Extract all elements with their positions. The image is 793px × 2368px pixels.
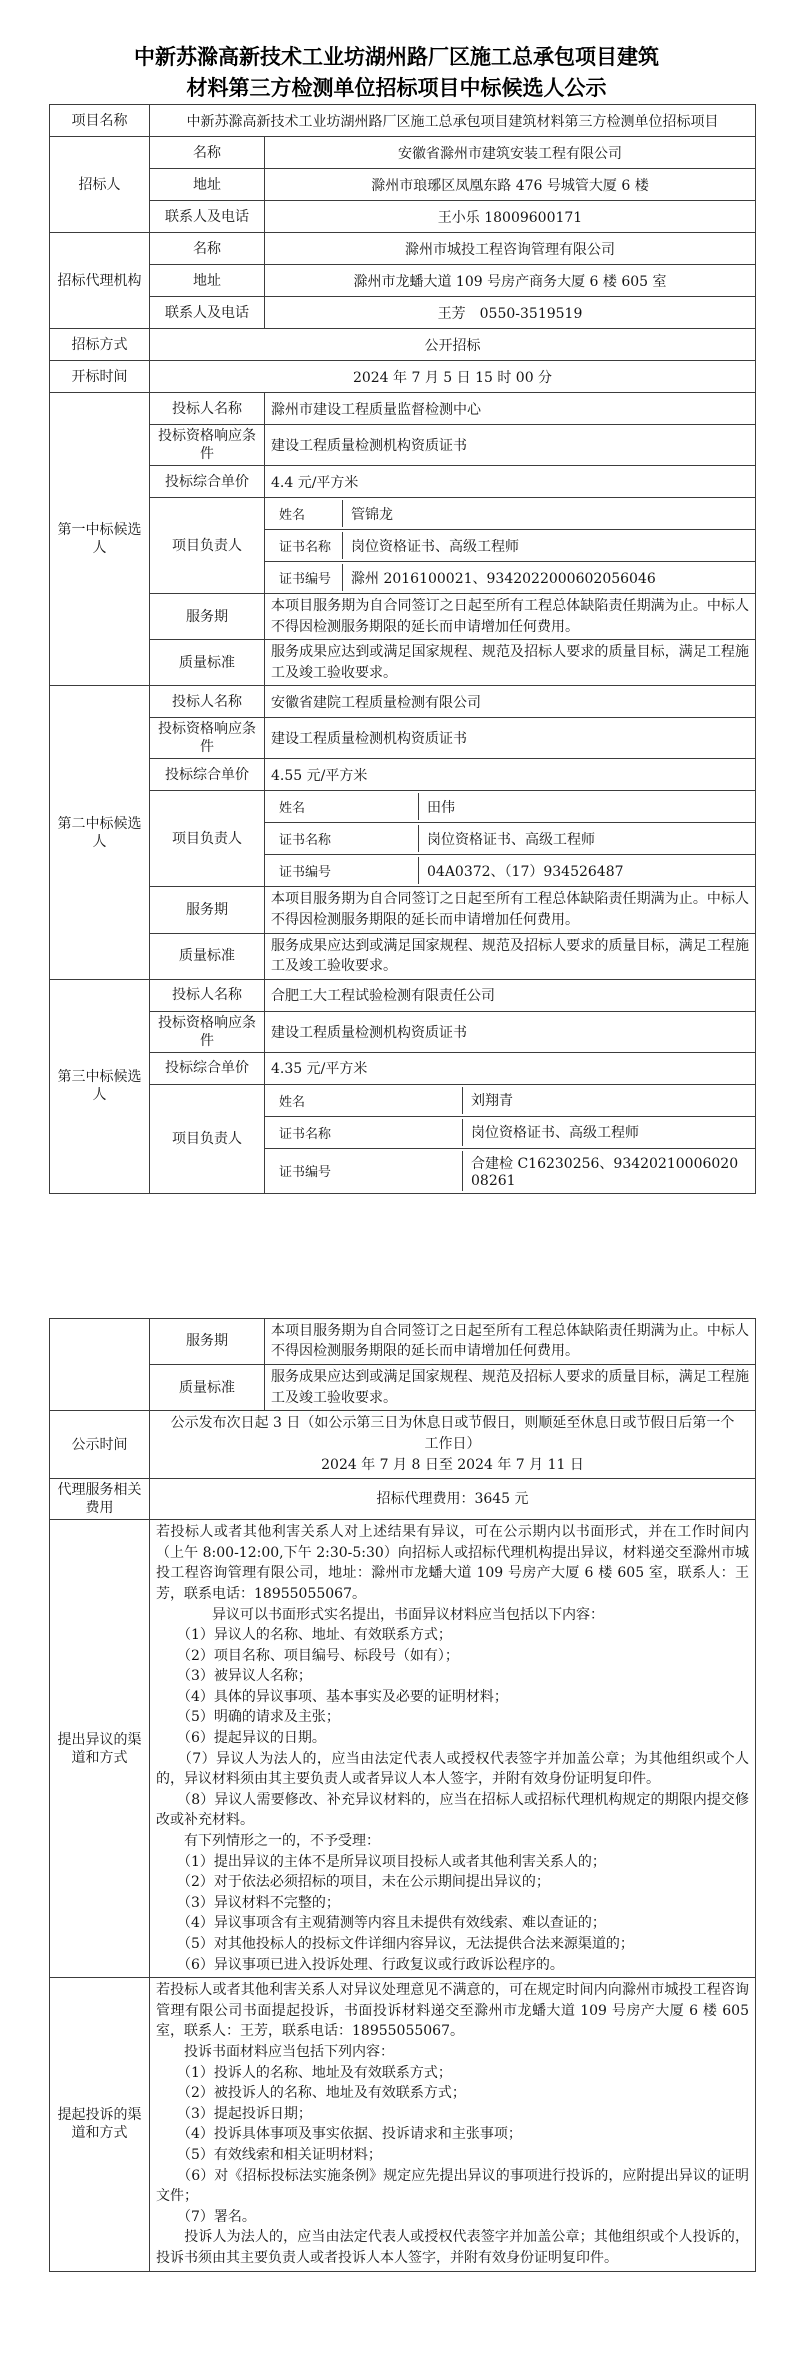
candidate-2-price-label: 投标综合单价 xyxy=(150,759,265,791)
table-row: 投标综合单价 4.35 元/平方米 xyxy=(50,1052,756,1084)
candidate-2-cert-name-row: 证书名称岗位资格证书、高级工程师 xyxy=(265,823,756,855)
complaint-channel-value: 若投标人或者其他利害关系人对异议处理意见不满意的，可在规定时间内向滁州市城投工程… xyxy=(150,1978,756,2271)
table-row: 第二中标候选人 投标人名称 安徽省建院工程质量检测有限公司 xyxy=(50,686,756,718)
candidate-1-qualification-label: 投标资格响应条件 xyxy=(150,425,265,466)
table-row: 投标资格响应条件 建设工程质量检测机构资质证书 xyxy=(50,718,756,759)
agency-name-label: 名称 xyxy=(150,233,265,265)
candidate-1-cert-no-row: 证书编号滁州 2016100021、9342022000602056046 xyxy=(265,562,756,594)
table-row: 招标方式 公开招标 xyxy=(50,329,756,361)
tenderer-name-value: 安徽省滁州市建筑安装工程有限公司 xyxy=(265,137,756,169)
cert-no-label: 证书编号 xyxy=(271,1151,463,1191)
table-row: 项目名称 中新苏滁高新技术工业坊湖州路厂区施工总承包项目建筑材料第三方检测单位招… xyxy=(50,105,756,137)
agency-address-value: 滁州市龙蟠大道 109 号房产商务大厦 6 楼 605 室 xyxy=(265,265,756,297)
table-row: 项目负责人 姓名田伟 xyxy=(50,791,756,823)
objection-channel-value: 若投标人或者其他利害关系人对上述结果有异议，可在公示期内以书面形式，并在工作时间… xyxy=(150,1520,756,1978)
table-row: 质量标准 服务成果应达到或满足国家规程、规范及招标人要求的质量目标，满足工程施工… xyxy=(50,640,756,686)
candidate-3-qualification-value: 建设工程质量检测机构资质证书 xyxy=(265,1011,756,1052)
candidate-2-section-label: 第二中标候选人 xyxy=(50,686,150,979)
candidate-3-quality-label: 质量标准 xyxy=(150,1364,265,1410)
candidate-1-manager-label: 项目负责人 xyxy=(150,498,265,594)
document-title-line-2: 材料第三方检测单位招标项目中标候选人公示 xyxy=(0,73,793,104)
agency-label: 招标代理机构 xyxy=(50,233,150,329)
candidate-1-section-label: 第一中标候选人 xyxy=(50,393,150,686)
table-row: 质量标准 服务成果应达到或满足国家规程、规范及招标人要求的质量目标，满足工程施工… xyxy=(50,1364,756,1410)
bid-opening-time-value: 2024 年 7 月 5 日 15 时 00 分 xyxy=(150,361,756,393)
candidate-1-service-label: 服务期 xyxy=(150,594,265,640)
tender-method-label: 招标方式 xyxy=(50,329,150,361)
candidate-1-bidder-value: 滁州市建设工程质量监督检测中心 xyxy=(265,393,756,425)
candidate-3-cert-no: 合建检 C16230256、9342021000602008261 xyxy=(463,1151,749,1191)
candidate-3-quality-value: 服务成果应达到或满足国家规程、规范及招标人要求的质量目标，满足工程施工及竣工验收… xyxy=(265,1364,756,1410)
document-title-line-1: 中新苏滁高新技术工业坊湖州路厂区施工总承包项目建筑 xyxy=(0,42,793,73)
complaint-channel-label: 提起投诉的渠道和方式 xyxy=(50,1978,150,2271)
candidate-2-cert-name: 岗位资格证书、高级工程师 xyxy=(419,827,749,851)
table-row: 第一中标候选人 投标人名称 滁州市建设工程质量监督检测中心 xyxy=(50,393,756,425)
candidate-3-manager-name: 刘翔青 xyxy=(463,1088,749,1112)
publicity-period-label: 公示时间 xyxy=(50,1411,150,1479)
table-row: 招标人 名称 安徽省滁州市建筑安装工程有限公司 xyxy=(50,137,756,169)
candidate-2-cert-no-row: 证书编号04A0372、（17）934526487 xyxy=(265,855,756,887)
agency-name-value: 滁州市城投工程咨询管理有限公司 xyxy=(265,233,756,265)
candidate-2-quality-value: 服务成果应达到或满足国家规程、规范及招标人要求的质量目标，满足工程施工及竣工验收… xyxy=(265,933,756,979)
manager-name-label: 姓名 xyxy=(271,793,419,820)
cert-name-label: 证书名称 xyxy=(271,532,343,559)
table-row: 投标资格响应条件 建设工程质量检测机构资质证书 xyxy=(50,1011,756,1052)
manager-name-label: 姓名 xyxy=(271,1087,463,1114)
candidate-3-service-label: 服务期 xyxy=(150,1318,265,1364)
candidate-3-price-label: 投标综合单价 xyxy=(150,1052,265,1084)
table-row: 第三中标候选人 投标人名称 合肥工大工程试验检测有限责任公司 xyxy=(50,979,756,1011)
tenderer-contact-value: 王小乐 18009600171 xyxy=(265,201,756,233)
candidate-1-manager-name-row: 姓名管锦龙 xyxy=(265,498,756,530)
project-name-label: 项目名称 xyxy=(50,105,150,137)
cert-no-label: 证书编号 xyxy=(271,857,419,884)
table-row: 提出异议的渠道和方式 若投标人或者其他利害关系人对上述结果有异议，可在公示期内以… xyxy=(50,1520,756,1978)
table-row: 代理服务相关费用 招标代理费用：3645 元 xyxy=(50,1479,756,1520)
candidate-1-cert-no: 滁州 2016100021、9342022000602056046 xyxy=(343,566,749,590)
candidate-3-bidder-value: 合肥工大工程试验检测有限责任公司 xyxy=(265,979,756,1011)
candidate-1-quality-label: 质量标准 xyxy=(150,640,265,686)
table-row: 公示时间 公示发布次日起 3 日（如公示第三日为休息日或节假日，则顺延至休息日或… xyxy=(50,1411,756,1479)
agency-contact-value: 王芳 0550-3519519 xyxy=(265,297,756,329)
candidate-3-price-value: 4.35 元/平方米 xyxy=(265,1052,756,1084)
candidate-2-quality-label: 质量标准 xyxy=(150,933,265,979)
candidate-3-manager-name-row: 姓名刘翔青 xyxy=(265,1084,756,1116)
tenderer-label: 招标人 xyxy=(50,137,150,233)
table-row: 投标资格响应条件 建设工程质量检测机构资质证书 xyxy=(50,425,756,466)
candidate-1-quality-value: 服务成果应达到或满足国家规程、规范及招标人要求的质量目标，满足工程施工及竣工验收… xyxy=(265,640,756,686)
candidate-3-cert-name-row: 证书名称岗位资格证书、高级工程师 xyxy=(265,1116,756,1148)
table-row: 投标综合单价 4.4 元/平方米 xyxy=(50,466,756,498)
table-row: 联系人及电话 王小乐 18009600171 xyxy=(50,201,756,233)
agency-contact-label: 联系人及电话 xyxy=(150,297,265,329)
candidate-3-service-value: 本项目服务期为自合同签订之日起至所有工程总体缺陷责任期满为止。中标人不得因检测服… xyxy=(265,1318,756,1364)
agency-fee-value: 招标代理费用：3645 元 xyxy=(150,1479,756,1520)
candidate-2-service-value: 本项目服务期为自合同签订之日起至所有工程总体缺陷责任期满为止。中标人不得因检测服… xyxy=(265,887,756,933)
tender-method-value: 公开招标 xyxy=(150,329,756,361)
table-row: 地址 滁州市琅琊区凤凰东路 476 号城管大厦 6 楼 xyxy=(50,169,756,201)
tenderer-address-value: 滁州市琅琊区凤凰东路 476 号城管大厦 6 楼 xyxy=(265,169,756,201)
candidate-2-service-label: 服务期 xyxy=(150,887,265,933)
table-row: 投标综合单价 4.55 元/平方米 xyxy=(50,759,756,791)
candidate-1-qualification-value: 建设工程质量检测机构资质证书 xyxy=(265,425,756,466)
table-row: 联系人及电话 王芳 0550-3519519 xyxy=(50,297,756,329)
candidate-3-section-label: 第三中标候选人 xyxy=(50,979,150,1193)
tenderer-address-label: 地址 xyxy=(150,169,265,201)
candidate-2-manager-label: 项目负责人 xyxy=(150,791,265,887)
table-row: 质量标准 服务成果应达到或满足国家规程、规范及招标人要求的质量目标，满足工程施工… xyxy=(50,933,756,979)
candidate-2-bidder-value: 安徽省建院工程质量检测有限公司 xyxy=(265,686,756,718)
project-name-value: 中新苏滁高新技术工业坊湖州路厂区施工总承包项目建筑材料第三方检测单位招标项目 xyxy=(150,105,756,137)
candidate-2-cert-no: 04A0372、（17）934526487 xyxy=(419,859,749,883)
table-row: 项目负责人 姓名刘翔青 xyxy=(50,1084,756,1116)
candidate-3-bidder-label: 投标人名称 xyxy=(150,979,265,1011)
table-row: 服务期 本项目服务期为自合同签订之日起至所有工程总体缺陷责任期满为止。中标人不得… xyxy=(50,1318,756,1364)
candidate-2-qualification-value: 建设工程质量检测机构资质证书 xyxy=(265,718,756,759)
candidate-1-manager-name: 管锦龙 xyxy=(343,502,749,526)
candidate-1-cert-name-row: 证书名称岗位资格证书、高级工程师 xyxy=(265,530,756,562)
table-row: 招标代理机构 名称 滁州市城投工程咨询管理有限公司 xyxy=(50,233,756,265)
bid-result-table-page-2: 服务期 本项目服务期为自合同签订之日起至所有工程总体缺陷责任期满为止。中标人不得… xyxy=(49,1318,756,2272)
candidate-1-price-value: 4.4 元/平方米 xyxy=(265,466,756,498)
agency-fee-label: 代理服务相关费用 xyxy=(50,1479,150,1520)
tenderer-contact-label: 联系人及电话 xyxy=(150,201,265,233)
candidate-1-bidder-label: 投标人名称 xyxy=(150,393,265,425)
cert-no-label: 证书编号 xyxy=(271,564,343,591)
candidate-1-service-value: 本项目服务期为自合同签订之日起至所有工程总体缺陷责任期满为止。中标人不得因检测服… xyxy=(265,594,756,640)
candidate-2-qualification-label: 投标资格响应条件 xyxy=(150,718,265,759)
table-row: 服务期 本项目服务期为自合同签订之日起至所有工程总体缺陷责任期满为止。中标人不得… xyxy=(50,887,756,933)
table-row: 开标时间 2024 年 7 月 5 日 15 时 00 分 xyxy=(50,361,756,393)
cert-name-label: 证书名称 xyxy=(271,825,419,852)
bid-result-table-page-1: 项目名称 中新苏滁高新技术工业坊湖州路厂区施工总承包项目建筑材料第三方检测单位招… xyxy=(49,104,756,1194)
bid-opening-time-label: 开标时间 xyxy=(50,361,150,393)
table-row: 地址 滁州市龙蟠大道 109 号房产商务大厦 6 楼 605 室 xyxy=(50,265,756,297)
cert-name-label: 证书名称 xyxy=(271,1119,463,1146)
candidate-1-cert-name: 岗位资格证书、高级工程师 xyxy=(343,534,749,558)
candidate-2-manager-name-row: 姓名田伟 xyxy=(265,791,756,823)
candidate-2-price-value: 4.55 元/平方米 xyxy=(265,759,756,791)
table-row: 提起投诉的渠道和方式 若投标人或者其他利害关系人对异议处理意见不满意的，可在规定… xyxy=(50,1978,756,2271)
publicity-period-value: 公示发布次日起 3 日（如公示第三日为休息日或节假日，则顺延至休息日或节假日后第… xyxy=(150,1411,756,1479)
candidate-1-price-label: 投标综合单价 xyxy=(150,466,265,498)
agency-address-label: 地址 xyxy=(150,265,265,297)
table-row: 项目负责人 姓名管锦龙 xyxy=(50,498,756,530)
table-row: 服务期 本项目服务期为自合同签订之日起至所有工程总体缺陷责任期满为止。中标人不得… xyxy=(50,594,756,640)
candidate-3-manager-label: 项目负责人 xyxy=(150,1084,265,1193)
candidate-2-manager-name: 田伟 xyxy=(419,795,749,819)
tenderer-name-label: 名称 xyxy=(150,137,265,169)
objection-channel-label: 提出异议的渠道和方式 xyxy=(50,1520,150,1978)
candidate-3-qualification-label: 投标资格响应条件 xyxy=(150,1011,265,1052)
candidate-3-cert-no-row: 证书编号合建检 C16230256、9342021000602008261 xyxy=(265,1148,756,1193)
candidate-2-bidder-label: 投标人名称 xyxy=(150,686,265,718)
candidate-3-cert-name: 岗位资格证书、高级工程师 xyxy=(463,1120,749,1144)
candidate-3-continued-cell xyxy=(50,1318,150,1410)
manager-name-label: 姓名 xyxy=(271,500,343,527)
